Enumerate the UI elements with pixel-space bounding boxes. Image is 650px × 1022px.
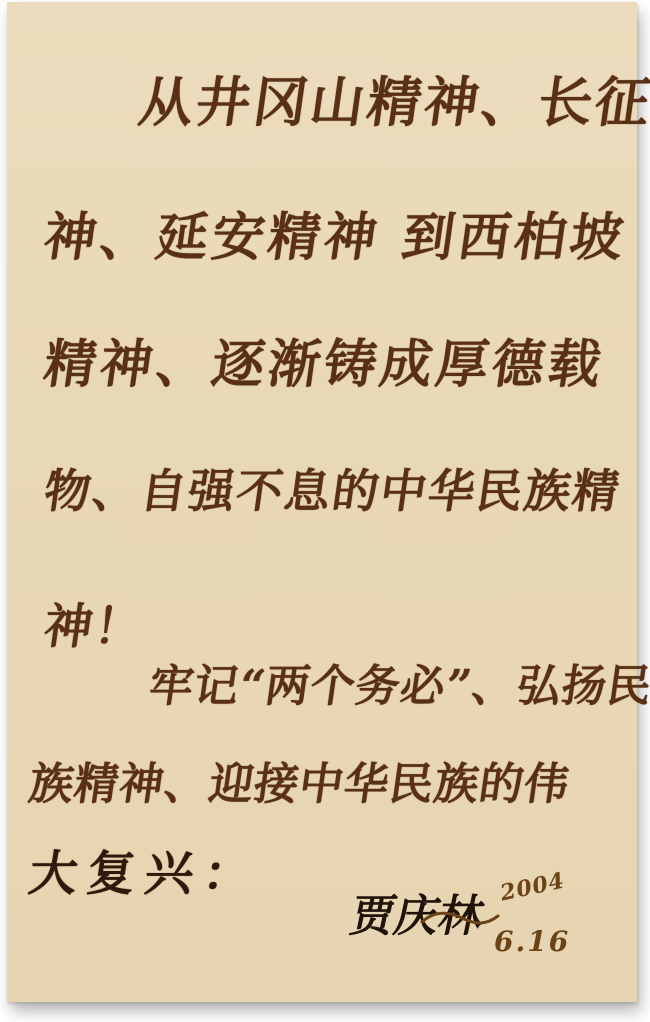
date-month-day: 6.16 bbox=[494, 925, 570, 958]
inscription-line-7: 族精神、迎接中华民族的伟 bbox=[26, 748, 575, 812]
inscription-line-6: 牢记“两个务必”、弘扬民 bbox=[146, 650, 650, 714]
inscription-line-1: 从井冈山精神、长征精 bbox=[135, 60, 650, 137]
inscription-line-8: 大复兴： bbox=[25, 835, 267, 904]
inscription-line-2: 神、延安精神 到西柏坡 bbox=[40, 195, 633, 270]
inscription-line-5: 神！ bbox=[40, 588, 150, 657]
inscription-line-3: 精神、逐渐铸成厚德载 bbox=[40, 322, 611, 397]
canvas: 从井冈山精神、长征精 神、延安精神 到西柏坡 精神、逐渐铸成厚德载 物、自强不息… bbox=[0, 0, 650, 1022]
inscription-line-4: 物、自强不息的中华民族精 bbox=[40, 455, 625, 521]
signature-flourish-icon bbox=[420, 908, 500, 928]
